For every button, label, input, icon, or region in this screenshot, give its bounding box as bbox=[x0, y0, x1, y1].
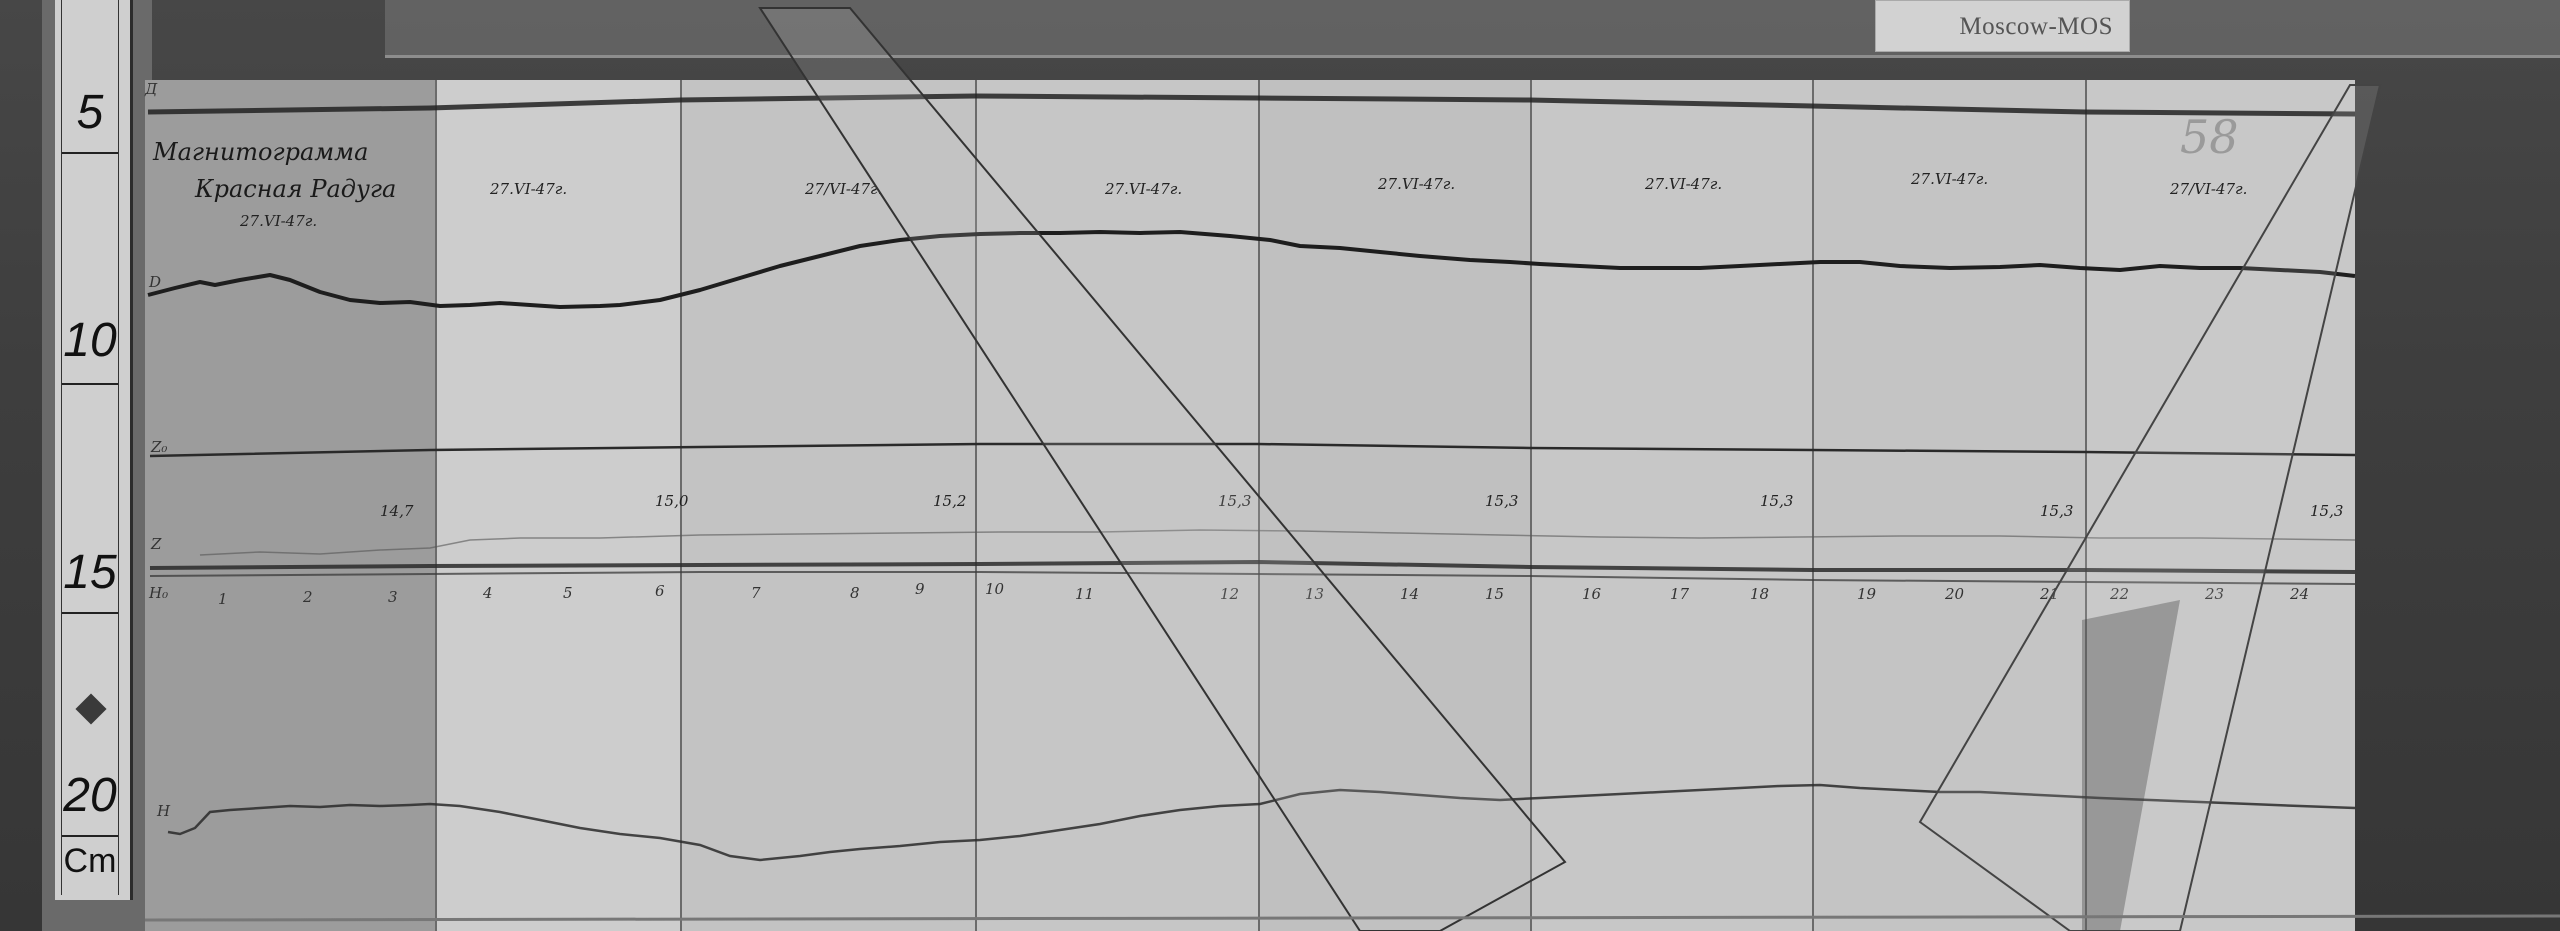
hour-mark: 21 bbox=[2040, 585, 2059, 603]
temperature-value: 15,3 bbox=[1485, 492, 1518, 510]
station-label-card: Moscow-MOS bbox=[1875, 0, 2130, 52]
temperature-value: 15,3 bbox=[2040, 502, 2073, 520]
temperature-value: 14,7 bbox=[380, 502, 413, 520]
hour-mark: 23 bbox=[2205, 585, 2224, 603]
hour-mark: 12 bbox=[1220, 585, 1239, 603]
segment-4 bbox=[975, 80, 1258, 931]
hour-mark: 4 bbox=[483, 584, 493, 602]
segment-3 bbox=[680, 80, 975, 931]
hour-mark: 24 bbox=[2290, 585, 2309, 603]
hour-mark: 20 bbox=[1945, 585, 1964, 603]
hour-mark: 5 bbox=[563, 584, 573, 602]
ruler-number-5: 5 bbox=[62, 85, 118, 140]
hour-mark: 6 bbox=[655, 582, 665, 600]
segment-divider bbox=[435, 80, 437, 931]
temperature-value: 15,3 bbox=[1760, 492, 1793, 510]
segment-divider bbox=[1258, 80, 1260, 931]
d-trace-label: D bbox=[149, 273, 161, 291]
hour-mark: 14 bbox=[1400, 585, 1419, 603]
hour-mark: 18 bbox=[1750, 585, 1769, 603]
segment-date: 27/VI-47г. bbox=[805, 180, 882, 198]
hour-mark: 11 bbox=[1075, 585, 1094, 603]
hour-mark: 1 bbox=[218, 590, 228, 608]
title-date: 27.VI-47г. bbox=[240, 212, 317, 230]
segment-date: 27.VI-47г. bbox=[490, 180, 567, 198]
segment-date: 27.VI-47г. bbox=[1105, 180, 1182, 198]
h-trace-label: H bbox=[157, 802, 170, 820]
temperature-value: 15,0 bbox=[655, 492, 688, 510]
temperature-value: 15,3 bbox=[2310, 502, 2343, 520]
hour-mark: 3 bbox=[388, 588, 398, 606]
segment-date: 27.VI-47г. bbox=[1378, 175, 1455, 193]
cm-scale-strip: 5 10 15 20 Cm bbox=[55, 0, 133, 900]
ruler-tick bbox=[62, 835, 118, 837]
top-trace-label: Д bbox=[145, 80, 157, 98]
segment-date: 27/VI-47г. bbox=[2170, 180, 2247, 198]
z-trace-label: Z bbox=[151, 535, 161, 553]
hour-mark: 13 bbox=[1305, 585, 1324, 603]
page-number: 58 bbox=[2180, 110, 2239, 164]
hour-mark: 9 bbox=[915, 580, 925, 598]
h-baseline-label: H₀ bbox=[149, 584, 168, 602]
segment-divider bbox=[975, 80, 977, 931]
hour-mark: 10 bbox=[985, 580, 1004, 598]
hour-mark: 8 bbox=[850, 584, 860, 602]
diamond-marker-icon bbox=[75, 693, 106, 724]
magnetogram-paper: Магнитограмма Красная Радуга 27.VI-47г. … bbox=[145, 80, 2355, 931]
segment-divider bbox=[2085, 80, 2087, 931]
hour-mark: 22 bbox=[2110, 585, 2129, 603]
ruler-unit: Cm bbox=[62, 842, 118, 881]
ruler-tick bbox=[62, 152, 118, 154]
station-label: Moscow-MOS bbox=[1959, 13, 2113, 41]
segment-date: 27.VI-47г. bbox=[1645, 175, 1722, 193]
ruler-number-10: 10 bbox=[62, 313, 118, 368]
temperature-value: 15,3 bbox=[1218, 492, 1251, 510]
ruler-tick bbox=[62, 612, 118, 614]
segment-2 bbox=[435, 80, 680, 931]
title-line-2: Красная Радуга bbox=[195, 175, 396, 203]
hour-mark: 16 bbox=[1582, 585, 1601, 603]
ruler-tick bbox=[62, 383, 118, 385]
hour-mark: 2 bbox=[303, 588, 313, 606]
title-line-1: Магнитограмма bbox=[153, 138, 368, 166]
ruler-number-15: 15 bbox=[62, 545, 118, 600]
hour-mark: 17 bbox=[1670, 585, 1689, 603]
segment-date: 27.VI-47г. bbox=[1911, 170, 1988, 188]
segment-divider bbox=[1530, 80, 1532, 931]
hour-mark: 7 bbox=[751, 584, 761, 602]
plastic-sheet bbox=[385, 0, 2560, 58]
ruler-number-20: 20 bbox=[62, 768, 118, 823]
hour-mark: 19 bbox=[1857, 585, 1876, 603]
hour-mark: 15 bbox=[1485, 585, 1504, 603]
z-baseline-label: Z₀ bbox=[151, 438, 167, 456]
temperature-value: 15,2 bbox=[933, 492, 966, 510]
segment-divider bbox=[1812, 80, 1814, 931]
